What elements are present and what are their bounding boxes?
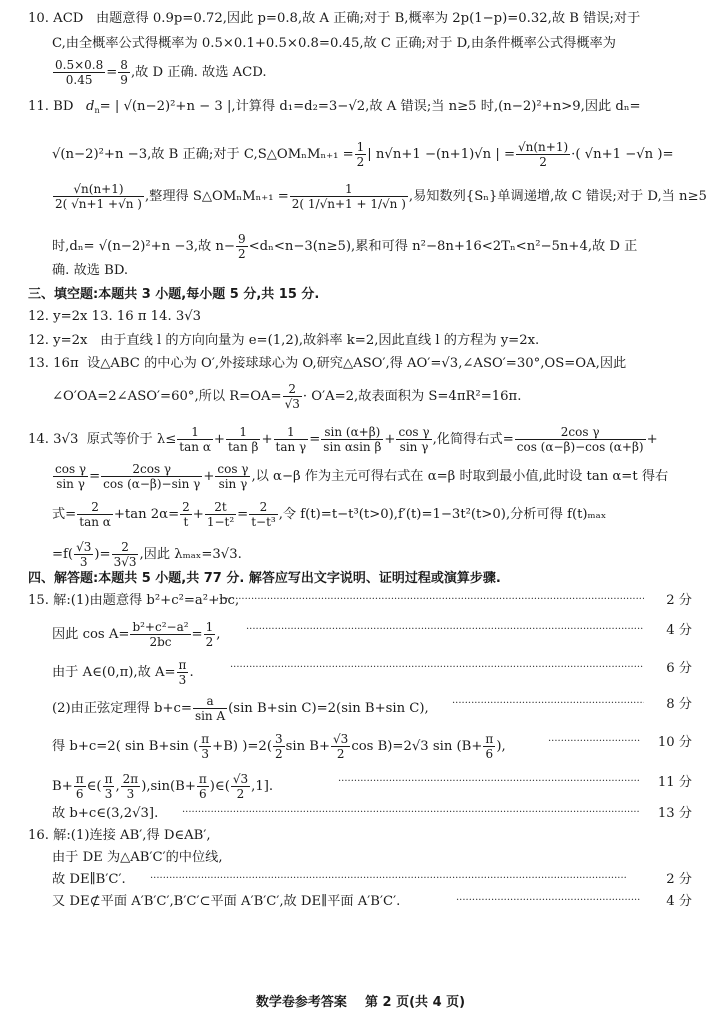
section-4-heading: 四、解答题:本题共 5 小题,共 77 分. 解答应写出文字说明、证明过程或演算…: [28, 570, 501, 588]
q11-line-5: 确. 故选 BD.: [52, 262, 128, 280]
q14-line-3: 式=2tan α+tan 2α=2t+2t1−t²=2t−t³,令 f(t)=t…: [52, 500, 606, 529]
q10-fraction-1: 0.5×0.80.45: [53, 58, 105, 87]
q11-line-2: √(n−2)²+n −3,故 B 正确;对于 C,S△OMₙMₙ₊₁ =12| …: [52, 140, 674, 169]
q11-line-3: √n(n+1)2( √n+1 +√n ),整理得 S△OMₙMₙ₊₁ =12( …: [52, 182, 707, 211]
q10-line-3: 0.5×0.80.45=89,故 D 正确. 故选 ACD.: [52, 58, 267, 87]
page-indicator: 第 2 页(共 4 页): [365, 995, 465, 1010]
score-badge: 4 分: [666, 893, 692, 911]
page-footer: 数学卷参考答案 第 2 页(共 4 页): [0, 991, 721, 1010]
score-badge: 2 分: [666, 871, 692, 889]
q13-label: 13. 16π: [28, 356, 79, 371]
score-badge: 4 分: [666, 622, 692, 640]
q11-line-1: 11. BD dn= | √(n−2)²+n − 3 |,计算得 d₁=d₂=3…: [28, 98, 641, 120]
q15-step-4: (2)由正弦定理得 b+c=asin A(sin B+sin C)=2(sin …: [52, 694, 429, 723]
leader-dots: ········································…: [182, 807, 640, 818]
q13-line-2: ∠O′OA=2∠ASO′=60°,所以 R=OA=2√3· O′A=2,故表面积…: [52, 382, 521, 411]
leader-dots: ········································…: [548, 736, 640, 747]
q15-step-3: 由于 A∈(0,π),故 A=π3.: [52, 658, 194, 687]
q10-fraction-2: 89: [118, 58, 130, 87]
score-badge: 2 分: [666, 592, 692, 610]
q15-step-6: B+π6∈(π3,2π3),sin(B+π6)∈(√32,1].: [52, 772, 273, 801]
q11-label: 11. BD: [28, 99, 73, 114]
leader-dots: ········································…: [216, 594, 644, 605]
q11-line-4: 时,dₙ= √(n−2)²+n −3,故 n−92<dₙ<n−3(n≥5),累和…: [52, 232, 637, 261]
leader-dots: ········································…: [150, 873, 640, 884]
leader-dots: ········································…: [246, 624, 644, 635]
q12-line: 12. y=2x 由于直线 l 的方向向量为 e=(1,2),故斜率 k=2,因…: [28, 332, 539, 350]
q10-label: 10. ACD: [28, 11, 83, 26]
document-subject: 数学卷参考答案: [256, 995, 347, 1010]
q16-step-1: 16. 解:(1)连接 AB′,得 D∈AB′,: [28, 827, 211, 845]
q10-line-2: C,由全概率公式得概率为 0.5×0.1+0.5×0.8=0.45,故 C 正确…: [52, 35, 616, 53]
q15-step-1: 15. 解:(1)由题意得 b²+c²=a²+bc,: [28, 592, 239, 610]
leader-dots: ········································…: [230, 662, 644, 673]
section-3-heading: 三、填空题:本题共 3 小题,每小题 5 分,共 15 分.: [28, 286, 319, 304]
q15-step-2: 因此 cos A=b²+c²−a²2bc=12,: [52, 620, 220, 649]
q16-step-2: 由于 DE 为△AB′C′的中位线,: [52, 849, 223, 867]
leader-dots: ········································…: [452, 698, 644, 709]
score-badge: 11 分: [658, 774, 692, 792]
q14-label: 14. 3√3: [28, 432, 78, 447]
q14-line-2: cos γsin γ=2cos γcos (α−β)−sin γ+cos γsi…: [52, 462, 668, 491]
q14-line-1: 14. 3√3 原式等价于 λ≤1tan α+1tan β+1tan γ=sin…: [28, 425, 658, 454]
q15-step-7: 故 b+c∈(3,2√3].: [52, 805, 158, 823]
q15-step-5: 得 b+c=2( sin B+sin (π3+B) )=2(32sin B+√3…: [52, 732, 506, 761]
score-badge: 8 分: [666, 696, 692, 714]
q12-label: 12. y=2x: [28, 333, 88, 348]
score-badge: 13 分: [658, 805, 692, 823]
answer-key-page: 10. ACD 由题意得 0.9p=0.72,因此 p=0.8,故 A 正确;对…: [0, 0, 721, 1024]
leader-dots: ········································…: [456, 895, 640, 906]
score-badge: 10 分: [658, 734, 692, 752]
q16-step-4: 又 DE⊄平面 A′B′C′,B′C′⊂平面 A′B′C′,故 DE∥平面 A′…: [52, 893, 400, 911]
q13-line-1: 13. 16π 设△ABC 的中心为 O′,外接球球心为 O,研究△ASO′,得…: [28, 355, 626, 373]
score-badge: 6 分: [666, 660, 692, 678]
q14-line-4: =f(√33)=23√3,因此 λₘₐₓ=3√3.: [52, 540, 242, 569]
q10-line-1: 10. ACD 由题意得 0.9p=0.72,因此 p=0.8,故 A 正确;对…: [28, 10, 640, 28]
q16-step-3: 故 DE∥B′C′.: [52, 871, 126, 889]
answers-summary: 12. y=2x 13. 16 π 14. 3√3: [28, 308, 201, 326]
q10-text-1: 由题意得 0.9p=0.72,因此 p=0.8,故 A 正确;对于 B,概率为 …: [96, 11, 640, 26]
leader-dots: ········································…: [338, 776, 640, 787]
